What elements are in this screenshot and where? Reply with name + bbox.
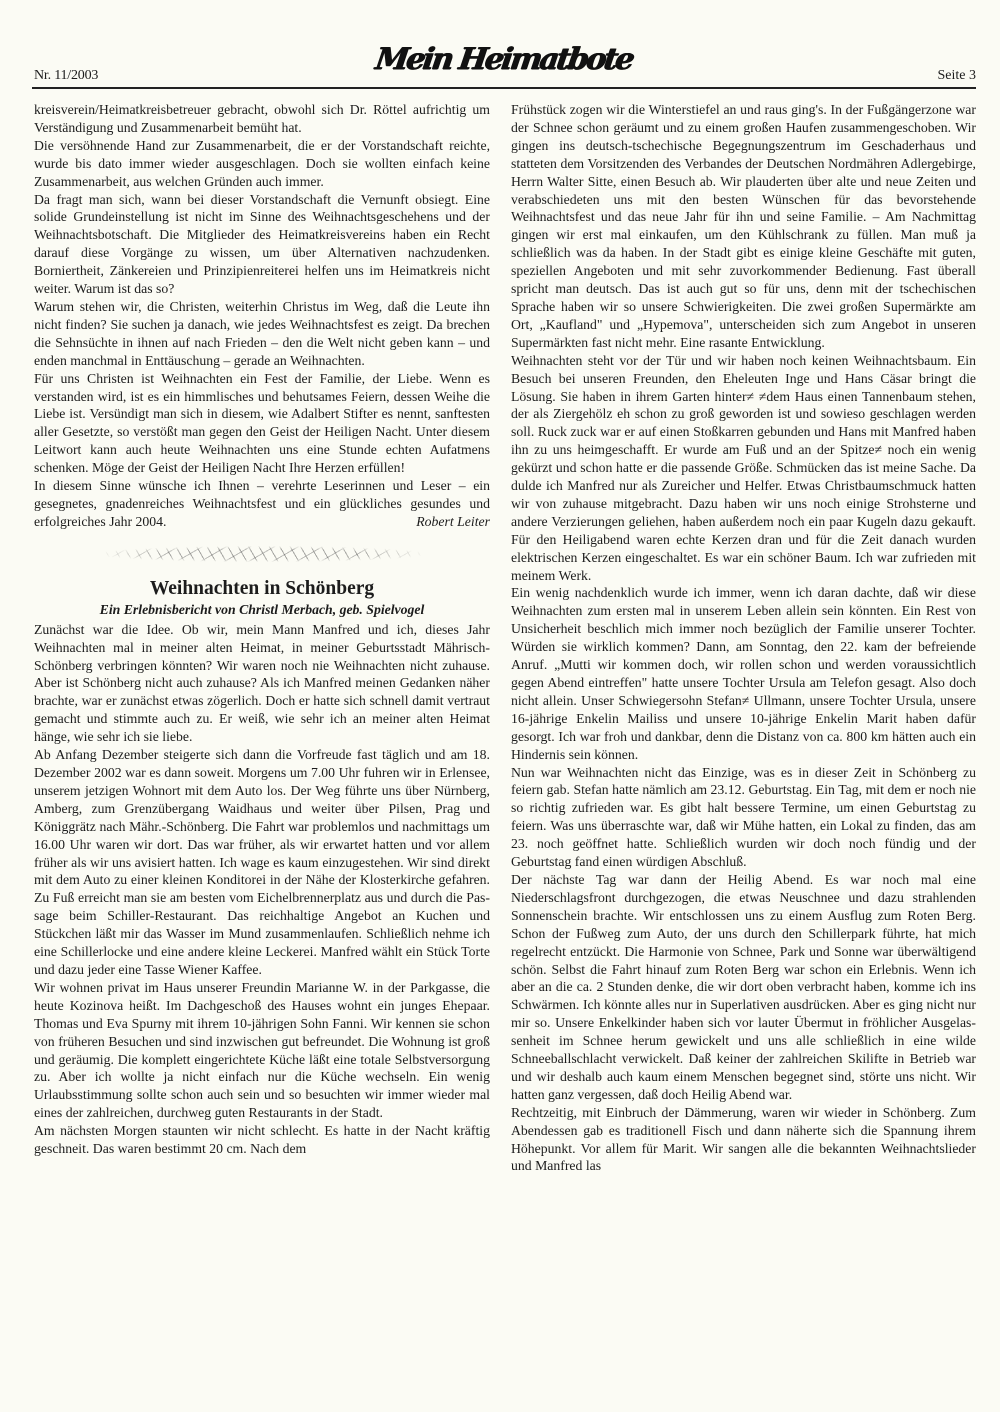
paragraph: Am nächsten Morgen staunten wir nicht sc… <box>34 1122 490 1158</box>
paragraph: Der nächste Tag war dann der Heilig Aben… <box>511 871 976 1104</box>
closing-paragraph: In diesem Sinne wünsche ich Ihnen – vere… <box>34 477 490 531</box>
left-column: kreisverein/Heimatkreisbetreuer gebracht… <box>34 101 490 1158</box>
ornamental-divider <box>97 545 427 563</box>
header-rule <box>32 87 976 89</box>
issue-number: Nr. 11/2003 <box>34 68 98 84</box>
author-signature: Robert Leiter <box>416 513 490 531</box>
paragraph: Ab Anfang Dezember steigerte sich dann d… <box>34 746 490 979</box>
paragraph: Zunächst war die Idee. Ob wir, mein Mann… <box>34 621 490 746</box>
article-title: Weihnachten in Schönberg <box>34 577 490 601</box>
paragraph: Wir wohnen privat im Haus unserer Freund… <box>34 979 490 1122</box>
paragraph: Rechtzeitig, mit Einbruch der Dämmerung,… <box>511 1104 976 1176</box>
article-subtitle: Ein Erlebnisbericht von Christl Merbach,… <box>34 601 490 619</box>
paragraph: Warum stehen wir, die Christen, weiterhi… <box>34 298 490 370</box>
right-column: Frühstück zogen wir die Winterstiefel an… <box>511 101 976 1175</box>
paragraph: Die versöhnende Hand zur Zusammenarbeit,… <box>34 137 490 191</box>
paragraph: Frühstück zogen wir die Winterstiefel an… <box>511 101 976 352</box>
paragraph: Nun war Weihnachten nicht das Einzige, w… <box>511 764 976 871</box>
paragraph: Ein wenig nachdenklich wurde ich immer, … <box>511 584 976 763</box>
paragraph: Da fragt man sich, wann bei dieser Vorst… <box>34 191 490 298</box>
masthead-logo: Mein Heimatbote <box>373 42 634 77</box>
page-number: Seite 3 <box>938 68 977 84</box>
paragraph: Weihnachten steht vor der Tür und wir ha… <box>511 352 976 585</box>
page-header: Nr. 11/2003 Mein Heimatbote Seite 3 <box>32 0 976 90</box>
paragraph: kreisverein/Heimatkreisbetreuer gebracht… <box>34 101 490 137</box>
paragraph: Für uns Christen ist Weihnachten ein Fes… <box>34 370 490 477</box>
